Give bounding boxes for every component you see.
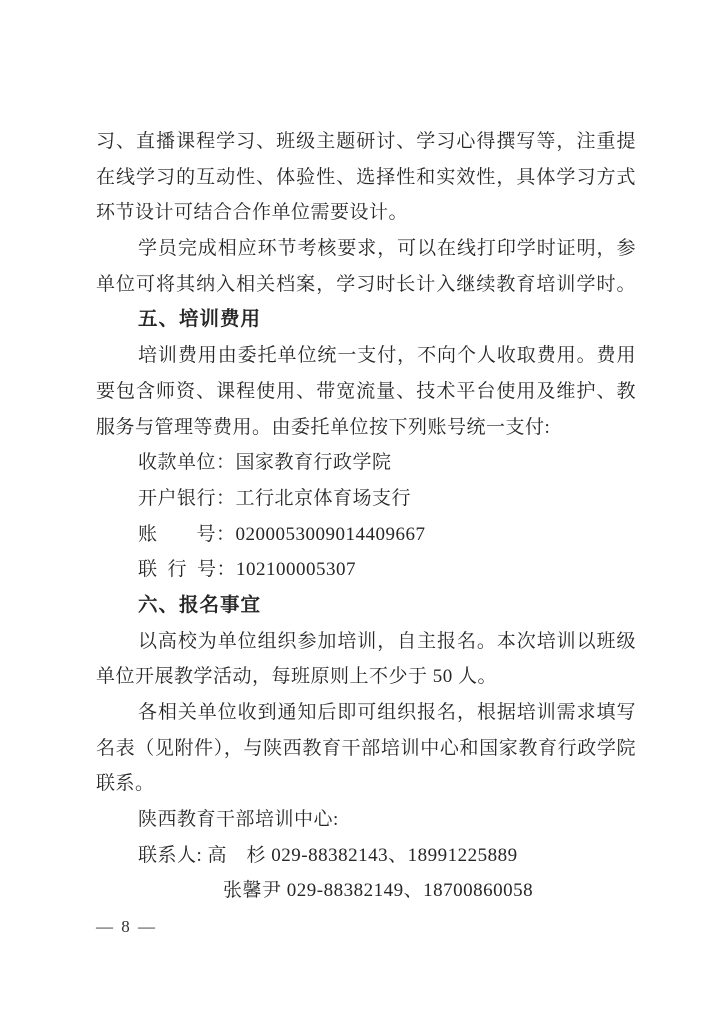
training-center-line: 陕西教育干部培训中心: xyxy=(96,802,636,838)
body-line: 习、直播课程学习、班级主题研讨、学习心得撰写等，注重提升 xyxy=(96,124,636,160)
bank-code-line: 联 行 号：102100005307 xyxy=(96,552,636,588)
bank-name-line: 开户银行：工行北京体育场支行 xyxy=(96,481,636,517)
section-heading-registration: 六、报名事宜 xyxy=(96,588,636,624)
page-number: — 8 — xyxy=(96,909,157,944)
document-body: 习、直播课程学习、班级主题研讨、学习心得撰写等，注重提升 在线学习的互动性、体验… xyxy=(96,124,636,909)
body-line: 培训费用由委托单位统一支付，不向个人收取费用。费用主 xyxy=(96,338,636,374)
body-line: 单位开展教学活动，每班原则上不少于 50 人。 xyxy=(96,659,636,695)
body-line: 联系。 xyxy=(96,766,636,802)
contact-line-1: 联系人: 高 杉 029-88382143、18991225889 xyxy=(96,838,636,874)
body-line: 名表（见附件），与陕西教育干部培训中心和国家教育行政学院 xyxy=(96,731,636,767)
body-line: 单位可将其纳入相关档案，学习时长计入继续教育培训学时。 xyxy=(96,267,636,303)
contact-line-2: 张馨尹 029-88382149、18700860058 xyxy=(96,873,636,909)
section-heading-fees: 五、培训费用 xyxy=(96,302,636,338)
payee-name-line: 收款单位：国家教育行政学院 xyxy=(96,445,636,481)
body-line: 以高校为单位组织参加培训，自主报名。本次培训以班级为 xyxy=(96,624,636,660)
body-line: 环节设计可结合合作单位需要设计。 xyxy=(96,195,636,231)
body-line: 学员完成相应环节考核要求，可以在线打印学时证明，参训 xyxy=(96,231,636,267)
body-line: 要包含师资、课程使用、带宽流量、技术平台使用及维护、教学 xyxy=(96,374,636,410)
body-line: 在线学习的互动性、体验性、选择性和实效性，具体学习方式与 xyxy=(96,160,636,196)
account-number-line: 账 号：0200053009014409667 xyxy=(96,517,636,553)
document-page: 习、直播课程学习、班级主题研讨、学习心得撰写等，注重提升 在线学习的互动性、体验… xyxy=(0,0,725,1025)
body-line: 各相关单位收到通知后即可组织报名，根据培训需求填写报 xyxy=(96,695,636,731)
body-line: 服务与管理等费用。由委托单位按下列账号统一支付: xyxy=(96,410,636,446)
